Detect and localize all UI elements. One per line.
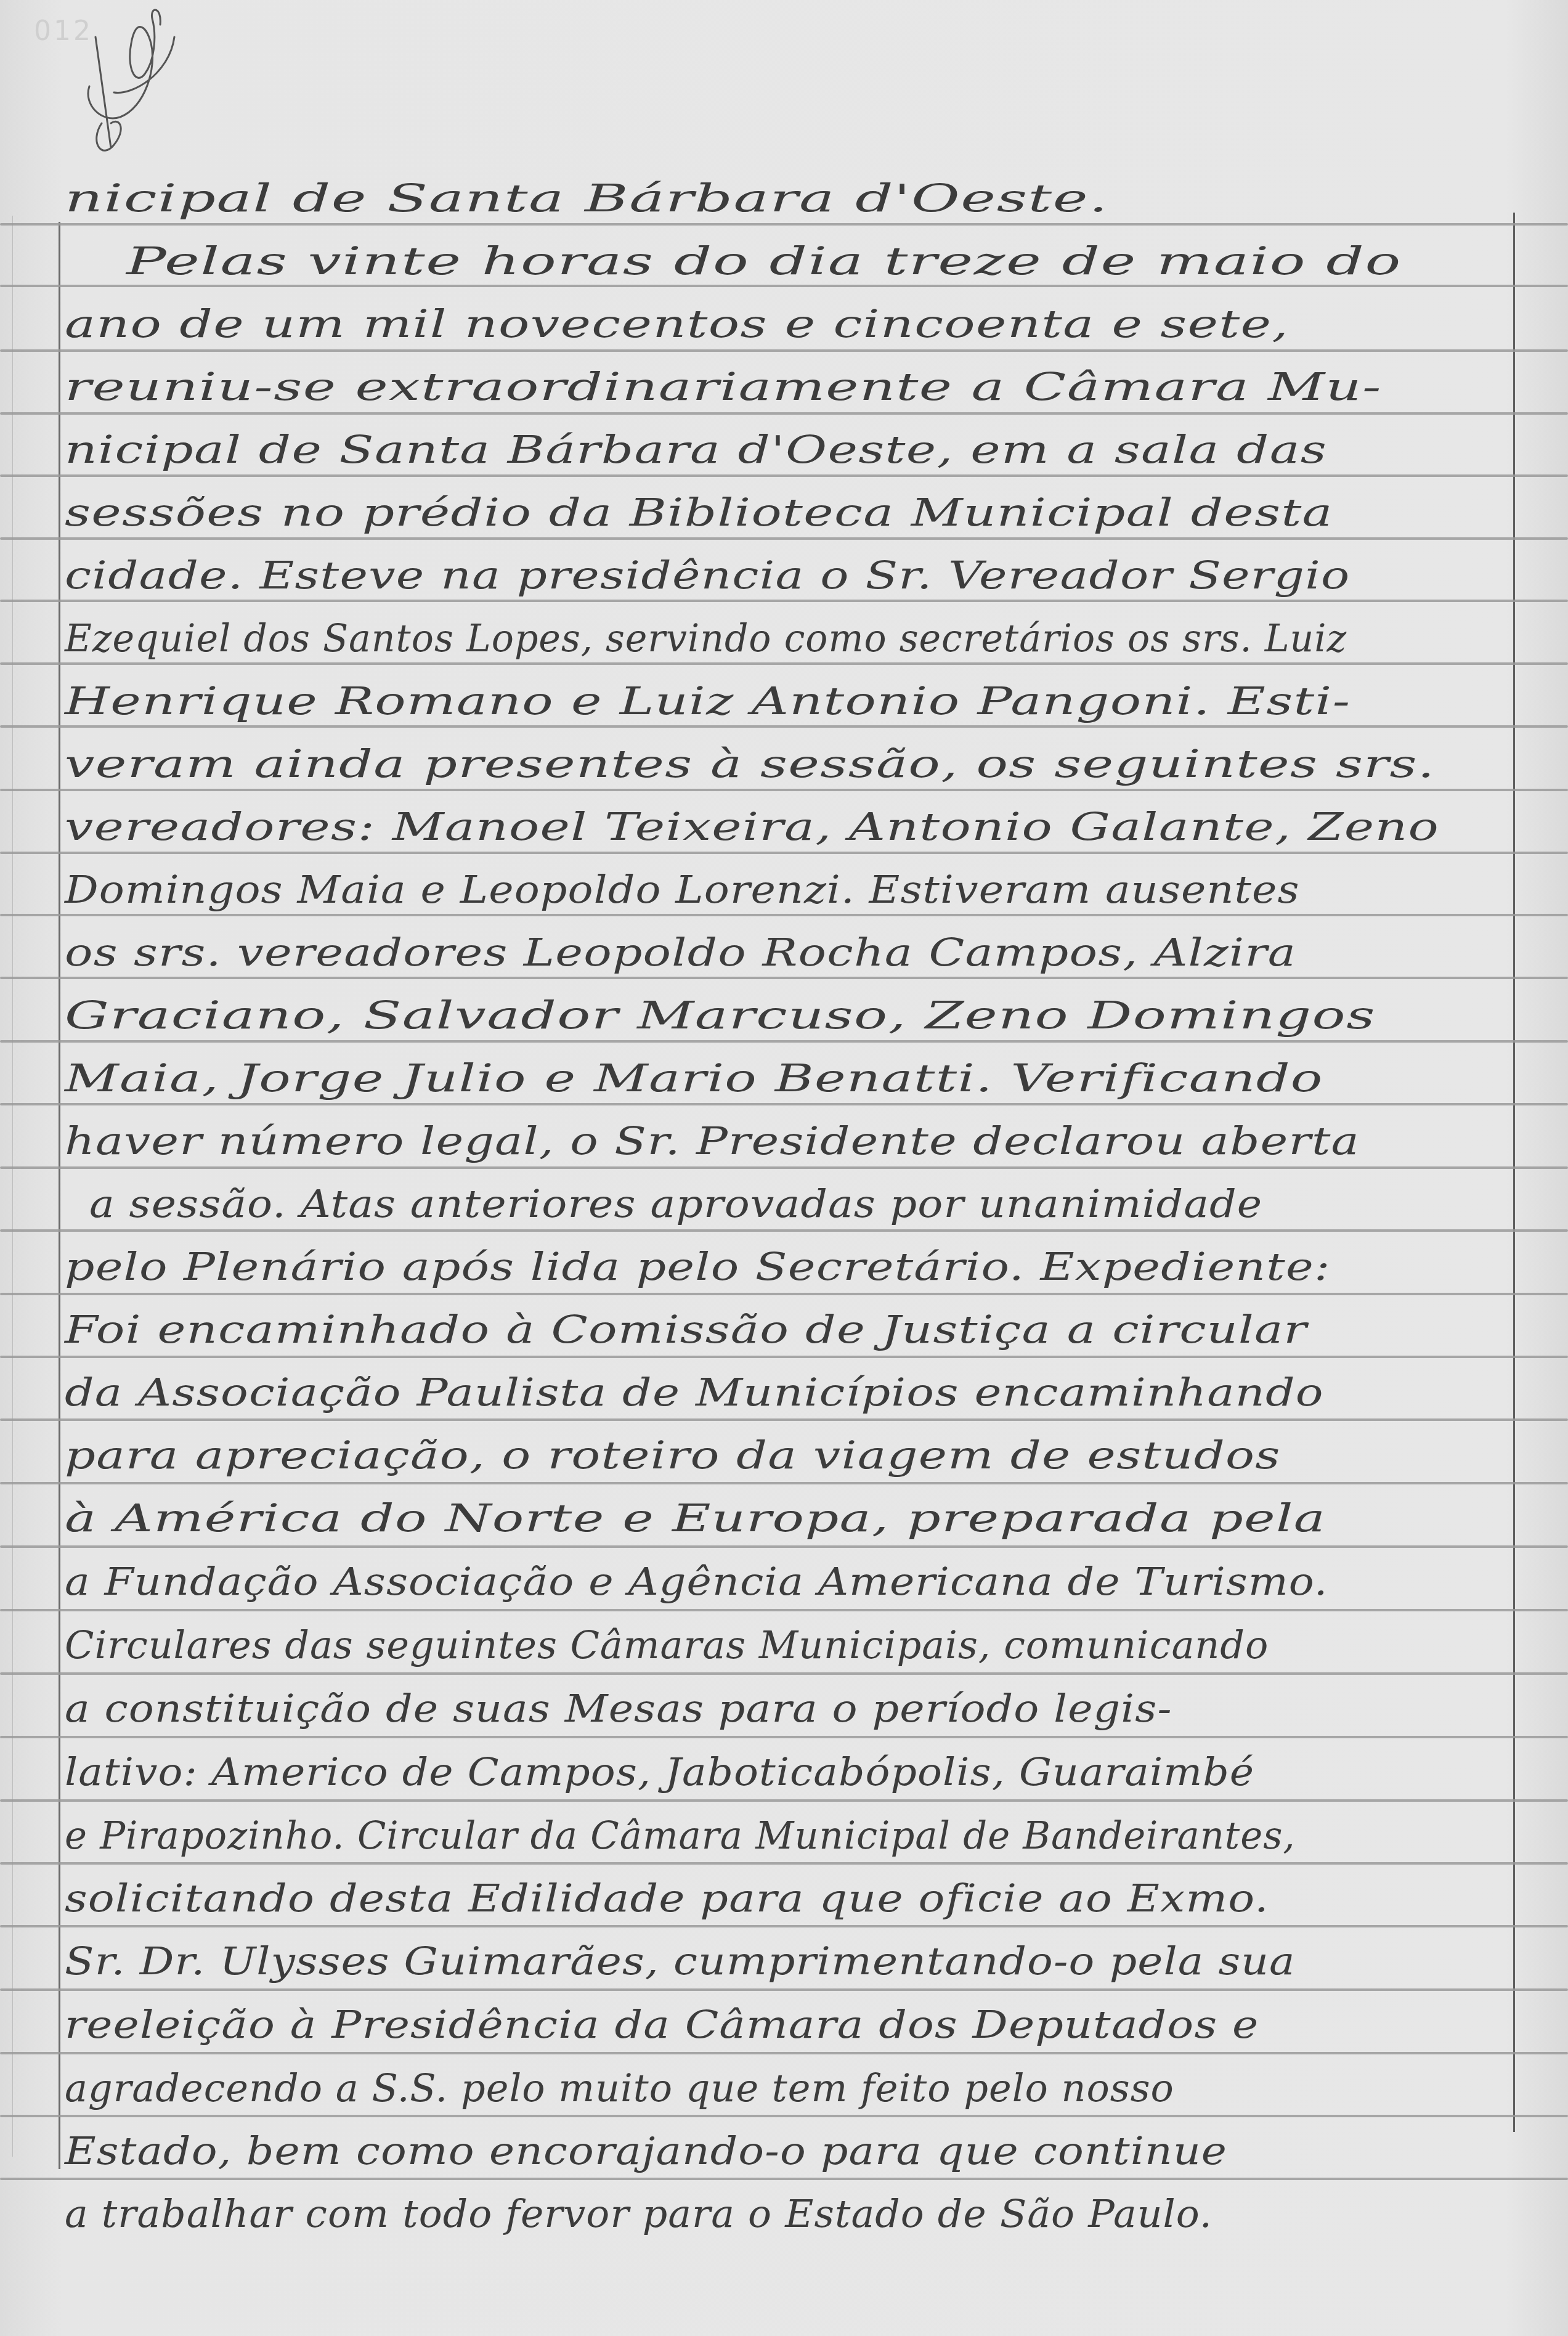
text-line: para apreciação, o roteiro da viagem de … xyxy=(65,1416,1519,1478)
text-line: nicipal de Santa Bárbara d'Oeste. xyxy=(65,159,1519,221)
text-line: os srs. vereadores Leopoldo Rocha Campos… xyxy=(65,913,1519,975)
text-line: cidade. Esteve na presidência o Sr. Vere… xyxy=(65,536,1519,598)
text-line: da Associação Paulista de Municípios enc… xyxy=(65,1353,1519,1415)
text-line: sessões no prédio da Biblioteca Municipa… xyxy=(65,473,1519,535)
text-line: reeleição à Presidência da Câmara dos De… xyxy=(65,1985,1519,2047)
text-line: haver número legal, o Sr. Presidente dec… xyxy=(65,1102,1519,1163)
text-line: Estado, bem como encorajando-o para que … xyxy=(65,2112,1519,2173)
text-line: vereadores: Manoel Teixeira, Antonio Gal… xyxy=(65,787,1519,849)
text-line: veram ainda presentes à sessão, os segui… xyxy=(65,725,1519,786)
left-margin-line xyxy=(59,222,60,2169)
text-line: Henrique Romano e Luiz Antonio Pangoni. … xyxy=(65,662,1519,723)
signature-rubric-icon xyxy=(77,0,188,160)
text-line: Pelas vinte horas do dia treze de maio d… xyxy=(65,222,1568,283)
text-line: a Fundação Associação e Agência American… xyxy=(65,1542,1519,1604)
text-line: a trabalhar com todo fervor para o Estad… xyxy=(65,2175,1519,2236)
text-line: a sessão. Atas anteriores aprovadas por … xyxy=(65,1165,1543,1226)
text-line: Maia, Jorge Julio e Mario Benatti. Verif… xyxy=(65,1039,1519,1101)
text-line: solicitando desta Edilidade para que ofi… xyxy=(65,1859,1519,1921)
text-line: nicipal de Santa Bárbara d'Oeste, em a s… xyxy=(65,410,1519,472)
text-line: reuniu-se extraordinariamente a Câmara M… xyxy=(65,348,1519,409)
text-line: à América do Norte e Europa, preparada p… xyxy=(65,1479,1519,1540)
text-line: Sr. Dr. Ulysses Guimarães, cumprimentand… xyxy=(65,1922,1519,1984)
text-line: Domingos Maia e Leopoldo Lorenzi. Estive… xyxy=(65,850,1519,912)
text-line: e Pirapozinho. Circular da Câmara Munici… xyxy=(65,1796,1519,1858)
text-line: lativo: Americo de Campos, Jaboticabópol… xyxy=(65,1733,1519,1794)
text-line: agradecendo a S.S. pelo muito que tem fe… xyxy=(65,2049,1519,2110)
text-line: Ezequiel dos Santos Lopes, servindo como… xyxy=(65,599,1519,661)
scanned-page: 012 nicipal de Santa Bárbara d'Oeste. Pe… xyxy=(0,0,1568,2336)
faint-margin-line xyxy=(12,216,13,2157)
text-line: Graciano, Salvador Marcuso, Zeno Domingo… xyxy=(65,976,1519,1038)
text-line: Circulares das seguintes Câmaras Municip… xyxy=(65,1606,1519,1667)
text-line: pelo Plenário após lida pelo Secretário.… xyxy=(65,1227,1519,1289)
text-line: Foi encaminhado à Comissão de Justiça a … xyxy=(65,1290,1519,1352)
text-line: ano de um mil novecentos e cincoenta e s… xyxy=(65,285,1519,346)
text-line: a constituição de suas Mesas para o perí… xyxy=(65,1669,1519,1731)
